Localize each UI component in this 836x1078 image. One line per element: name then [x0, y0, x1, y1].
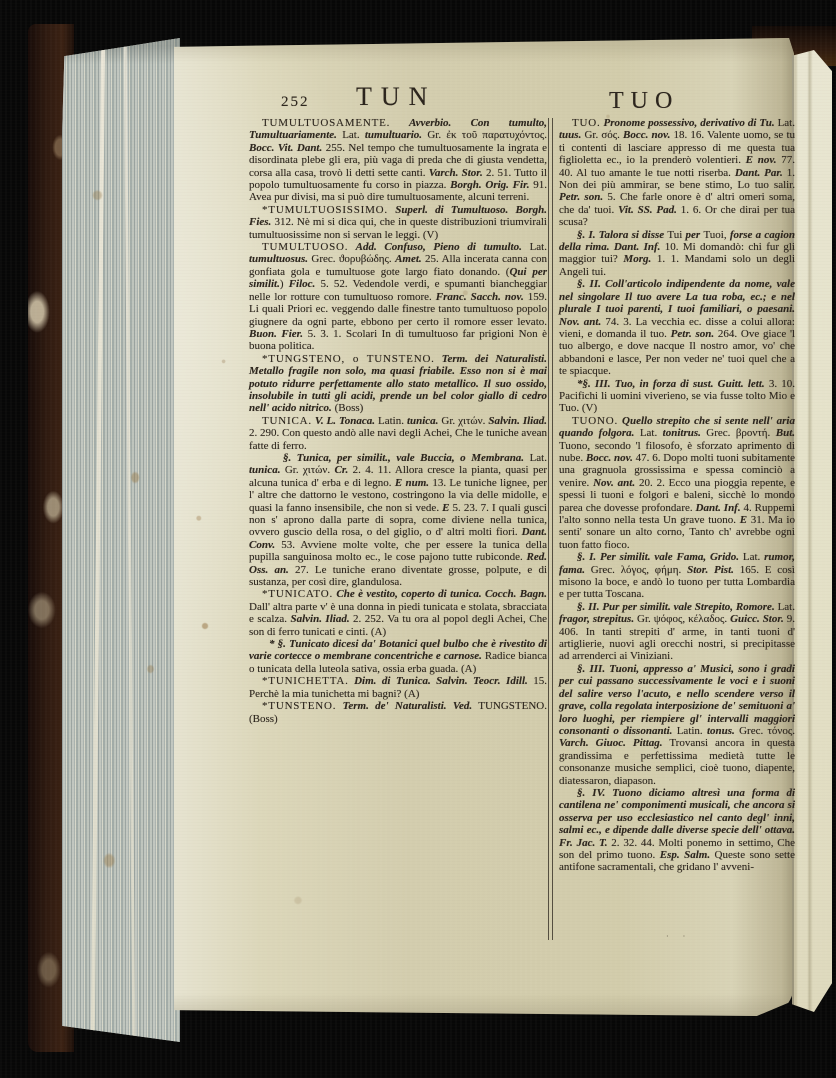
page-edge-stack: [62, 34, 180, 1042]
running-head-right: TUO: [609, 88, 679, 115]
dictionary-entry: *TUMULTUOSISSIMO. Superl. di Tumultuoso.…: [249, 204, 547, 241]
signature-marks: · ·: [666, 932, 691, 941]
dictionary-entry: §. I. Per similit. vale Fama, Grido. Lat…: [559, 551, 795, 601]
dictionary-entry: *§. III. Tuo, in forza di sust. Guitt. l…: [559, 378, 795, 415]
book-scan-photo: { "page": { "number": "252", "header_lef…: [0, 0, 836, 1078]
dictionary-entry: §. II. Pur per similit. vale Strepito, R…: [559, 601, 795, 663]
dictionary-entry: TUMULTUOSO. Add. Confuso, Pieno di tumul…: [249, 241, 547, 353]
dictionary-entry: §. Tunica, per similit., vale Buccia, o …: [249, 452, 547, 588]
facing-page-edge: [792, 50, 832, 1012]
dictionary-entry: §. I. Talora si disse Tui per Tuoi, fors…: [559, 229, 795, 279]
column-divider-rule: [548, 118, 553, 940]
dictionary-entry: §. III. Tuoni, appresso a' Musici, sono …: [559, 663, 795, 787]
dictionary-entry: TUONO. Quello strepito che si sente nell…: [559, 415, 795, 551]
dictionary-entry: * §. Tunicato dicesi da' Botanici quel b…: [249, 638, 547, 675]
dictionary-entry: *TUNGSTENO, o TUNSTENO. Term. dei Natura…: [249, 353, 547, 415]
left-column: TUMULTUOSAMENTE. Avverbio. Con tumulto, …: [249, 117, 547, 945]
foxing-spots: [62, 34, 180, 1042]
dictionary-entry: *TUNSTENO. Term. de' Naturalisti. Ved. T…: [249, 700, 547, 725]
dictionary-entry: TUO. Pronome possessivo, derivativo di T…: [559, 117, 795, 229]
dictionary-entry: *TUNICHETTA. Dim. di Tunica. Salvin. Teo…: [249, 675, 547, 700]
page-number: 252: [281, 94, 310, 111]
dictionary-entry: *TUNICATO. Che è vestito, coperto di tun…: [249, 588, 547, 638]
right-column: TUO. Pronome possessivo, derivativo di T…: [559, 117, 795, 957]
dictionary-entry: TUMULTUOSAMENTE. Avverbio. Con tumulto, …: [249, 117, 547, 204]
running-head-left: TUN: [356, 82, 436, 112]
dictionary-entry: TUNICA. V. L. Tonaca. Latin. tunica. Gr.…: [249, 415, 547, 452]
dictionary-entry: §. IV. Tuono diciamo altresì una forma d…: [559, 787, 795, 874]
dictionary-entry: §. II. Coll'articolo indipendente da nom…: [559, 278, 795, 377]
